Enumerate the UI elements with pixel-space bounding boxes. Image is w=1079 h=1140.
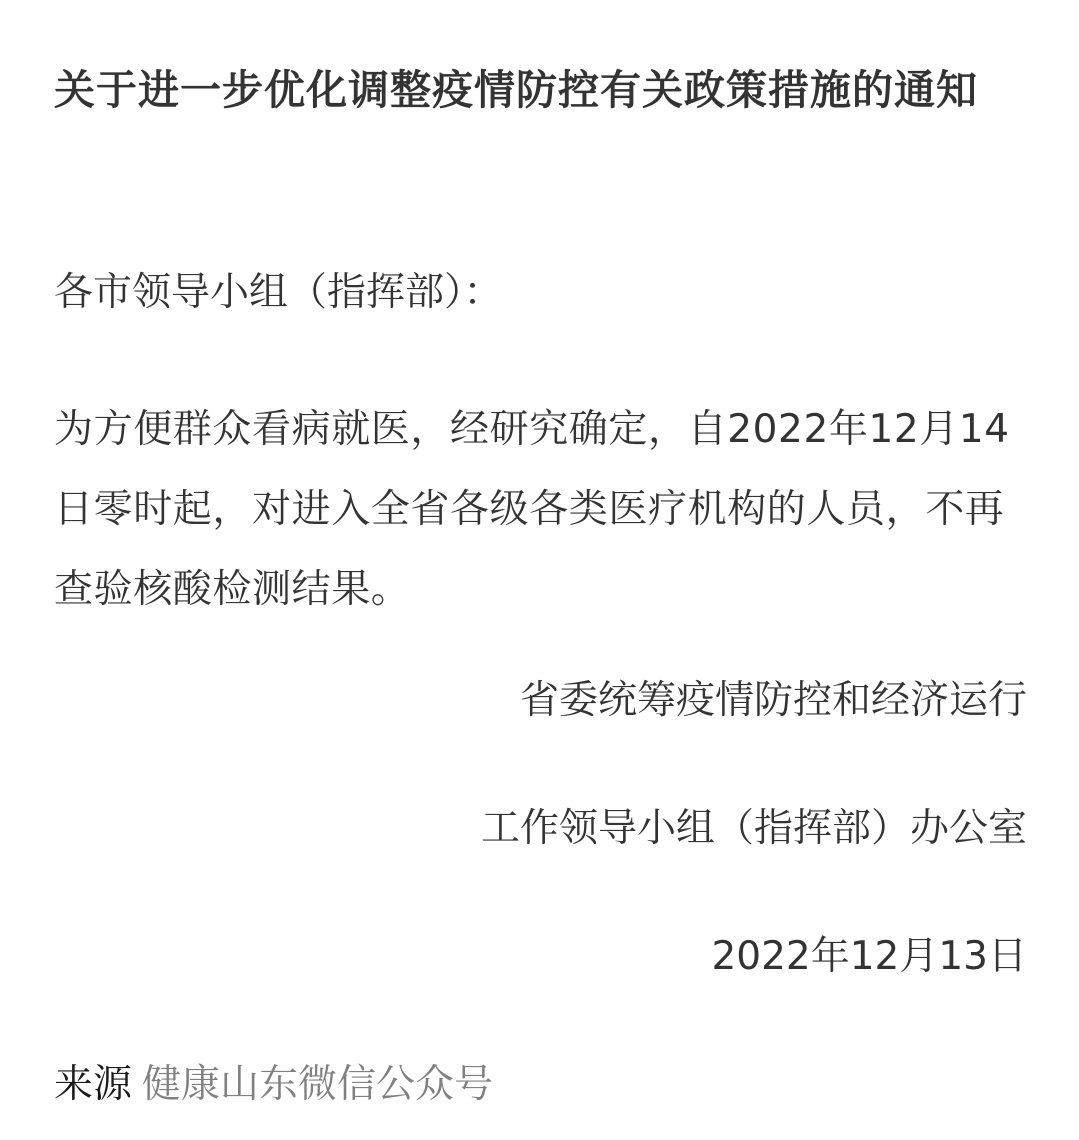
body-paragraph: 为方便群众看病就医，经研究确定，自2022年12月14日零时起，对进入全省各级各… bbox=[54, 390, 1034, 630]
source-line: 来源健康山东微信公众号 bbox=[54, 1055, 493, 1115]
source-value: 健康山东微信公众号 bbox=[142, 1062, 493, 1107]
signature-date: 2022年12月13日 bbox=[711, 927, 1027, 987]
source-label: 来源 bbox=[54, 1062, 132, 1107]
signature-line-1: 省委统筹疫情防控和经济运行 bbox=[520, 671, 1027, 731]
signature-line-2: 工作领导小组（指挥部）办公室 bbox=[481, 799, 1027, 859]
document-title: 关于进一步优化调整疫情防控有关政策措施的通知 bbox=[54, 58, 1034, 123]
salutation: 各市领导小组（指挥部）： bbox=[54, 263, 1034, 323]
